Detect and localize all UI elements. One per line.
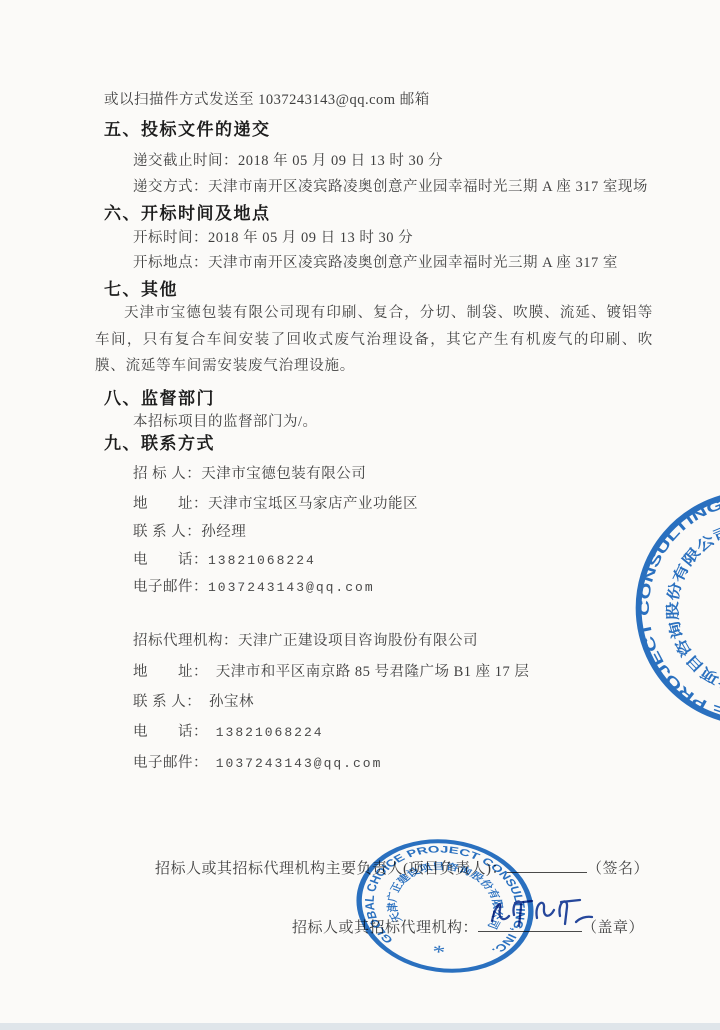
field-value: 天津市和平区南京路 85 号君隆广场 B1 座 17 层 [216,664,530,680]
tenderer-address-row: 地 址：天津市宝坻区马家店产业功能区 [133,496,418,513]
section5-method: 递交方式：天津市南开区凌宾路凌奥创意产业园幸福时光三期 A 座 317 室现场 [133,179,648,196]
seal-english-text: GLOBAL CHOICE PROJECT CONSULTING, INC. [596,464,720,765]
field-label: 电 话： [133,724,216,740]
section5-heading: 五、投标文件的递交 [104,120,271,140]
signature-line-person-suffix: （签名） [587,861,649,877]
field-label: 联 系 人： [133,524,201,540]
field-value: 孙经理 [201,524,246,540]
field-value: 孙宝林 [209,694,254,710]
field-value: 天津市宝德包装有限公司 [201,466,366,482]
section7-paragraph: 天津市宝德包装有限公司现有印刷、复合，分切、制袋、吹膜、流延、镀铝等车间，只有复… [95,300,653,380]
tenderer-phone-row: 电 话：13821068224 [133,552,316,569]
field-label: 电子邮件： [133,579,208,595]
section6-time: 开标时间：2018 年 05 月 09 日 13 时 30 分 [133,230,413,247]
agency-contact-row: 联 系 人： 孙宝林 [133,694,254,711]
intro-line: 或以扫描件方式发送至 1037243143@qq.com 邮箱 [104,92,430,109]
seal-star-mark: * [431,940,447,963]
tenderer-email-row: 电子邮件：1037243143@qq.com [133,579,375,596]
tenderer-contact-row: 联 系 人：孙经理 [133,524,246,541]
seal-outer-ring [598,453,720,762]
field-label: 联 系 人： [133,694,209,710]
section8-text: 本招标项目的监督部门为/。 [133,414,318,431]
section6-place: 开标地点：天津市南开区凌宾路凌奥创意产业园幸福时光三期 A 座 317 室 [133,255,618,272]
section8-heading: 八、监督部门 [104,389,215,409]
field-label: 招标代理机构： [133,633,238,649]
field-value: 1037243143@qq.com [208,580,375,595]
field-label: 地 址： [133,496,208,512]
scanned-document-page: 或以扫描件方式发送至 1037243143@qq.com 邮箱 五、投标文件的递… [0,0,720,1030]
agency-name-row: 招标代理机构：天津广正建设项目咨询股份有限公司 [133,633,478,650]
field-value: 天津市宝坻区马家店产业功能区 [208,496,418,512]
field-value: 1037243143@qq.com [216,756,383,771]
field-label: 电 话： [133,552,208,568]
section6-heading: 六、开标时间及地点 [104,204,271,224]
scan-edge-shadow [0,1023,720,1030]
field-value: 13821068224 [216,725,324,740]
field-label: 地 址： [133,664,216,680]
agency-phone-row: 电 话： 13821068224 [133,724,324,741]
section7-heading: 七、其他 [104,280,178,300]
field-label: 招 标 人： [133,466,201,482]
agency-address-row: 地 址： 天津市和平区南京路 85 号君隆广场 B1 座 17 层 [133,664,529,681]
company-seal-right: GLOBAL CHOICE PROJECT CONSULTING, INC. 天… [577,432,720,784]
section9-heading: 九、联系方式 [104,434,215,454]
field-label: 电子邮件： [133,755,216,771]
company-seal-bottom: GLOBAL CHOICE PROJECT CONSULTING, INC. 天… [338,820,552,992]
tenderer-name-row: 招 标 人：天津市宝德包装有限公司 [133,466,366,483]
field-value: 天津广正建设项目咨询股份有限公司 [238,633,478,649]
section5-deadline: 递交截止时间：2018 年 05 月 09 日 13 时 30 分 [133,153,443,170]
agency-email-row: 电子邮件： 1037243143@qq.com [133,755,382,772]
field-value: 13821068224 [208,553,316,568]
